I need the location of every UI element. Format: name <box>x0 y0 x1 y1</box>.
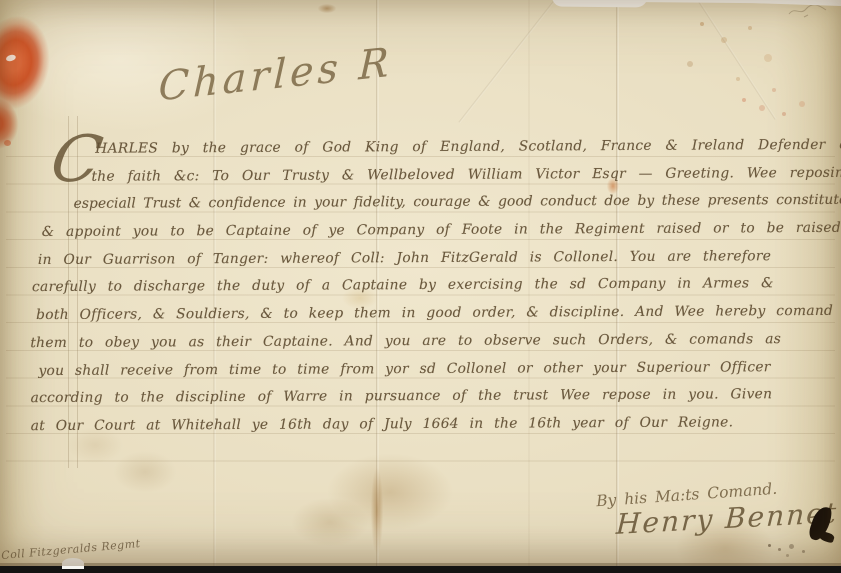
manuscript-line: especiall Trust & confidence in your fid… <box>73 187 821 219</box>
paper-edge-notch-bottom <box>62 558 84 569</box>
pencil-scribble <box>786 3 830 19</box>
manuscript-line: & appoint you to be Captaine of ye Compa… <box>42 215 822 247</box>
manuscript-line: them to obey you as their Captaine. And … <box>30 326 822 358</box>
manuscript-line: the faith &c: To Our Trusty & Wellbelove… <box>91 160 821 192</box>
foxing-spots <box>742 98 746 102</box>
manuscript-line: in Our Guarrison of Tanger: whereof Coll… <box>38 243 822 275</box>
fold-stain <box>369 455 385 567</box>
manuscript-line: HARLES by the grace of God King of Engla… <box>95 132 821 163</box>
wax-seal-speck <box>4 140 11 146</box>
ink-speckles <box>768 544 771 547</box>
manuscript-line: you shall receive from time to time from… <box>38 353 822 385</box>
foxing-spots <box>700 22 704 26</box>
manuscript-line: at Our Court at Whitehall ye 16th day of… <box>31 409 823 441</box>
manuscript-line: according to the discipline of Warre in … <box>31 381 823 413</box>
manuscript-line: carefully to discharge the duty of a Cap… <box>32 270 822 302</box>
scanned-manuscript: Charles R C HARLES by the grace of God K… <box>0 0 841 573</box>
manuscript-body: HARLES by the grace of God King of Engla… <box>29 132 823 441</box>
scanner-bed-strip <box>0 566 841 573</box>
manuscript-line: both Officers, & Souldiers, & to keep th… <box>36 298 822 330</box>
paper-edge-notch <box>552 0 648 8</box>
